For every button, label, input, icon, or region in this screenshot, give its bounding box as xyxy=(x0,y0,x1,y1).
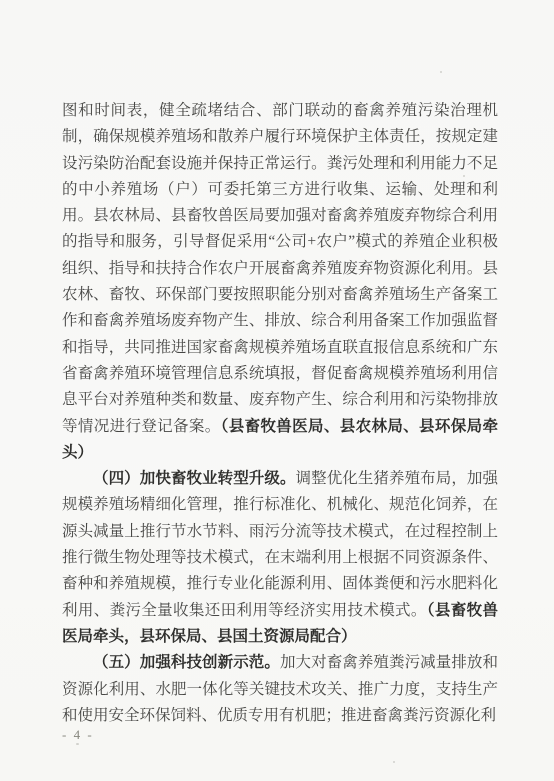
document-body: 图和时间表，健全疏堵结合、部门联动的畜禽养殖污染治理机制，确保规模养殖场和散养户… xyxy=(62,98,498,729)
scan-speck xyxy=(463,175,465,177)
responsible-unit-bold-text: （五）加强科技创新示范。 xyxy=(93,654,280,671)
paragraph: 图和时间表，健全疏堵结合、部门联动的畜禽养殖污染治理机制，确保规模养殖场和散养户… xyxy=(62,98,498,466)
scan-speck xyxy=(440,71,442,73)
scan-speck xyxy=(393,761,395,763)
body-text: 图和时间表，健全疏堵结合、部门联动的畜禽养殖污染治理机制，确保规模养殖场和散养户… xyxy=(62,102,498,435)
paragraph: （四）加快畜牧业转型升级。调整优化生猪养殖布局，加强规模养殖场精细化管理，推行标… xyxy=(62,466,498,650)
paragraph: （五）加强科技创新示范。加大对畜禽养殖粪污减量排放和资源化利用、水肥一体化等关键… xyxy=(62,650,498,729)
responsible-unit-bold-text: （四）加快畜牧业转型升级。 xyxy=(93,470,296,487)
scan-speck xyxy=(76,743,79,745)
scan-speck xyxy=(464,210,466,212)
scanned-page-background: 图和时间表，健全疏堵结合、部门联动的畜禽养殖污染治理机制，确保规模养殖场和散养户… xyxy=(0,0,554,781)
page-number: - 4 - xyxy=(62,727,94,743)
body-text: 调整优化生猪养殖布局，加强规模养殖场精细化管理，推行标准化、机械化、规范化饲养，… xyxy=(62,470,498,618)
